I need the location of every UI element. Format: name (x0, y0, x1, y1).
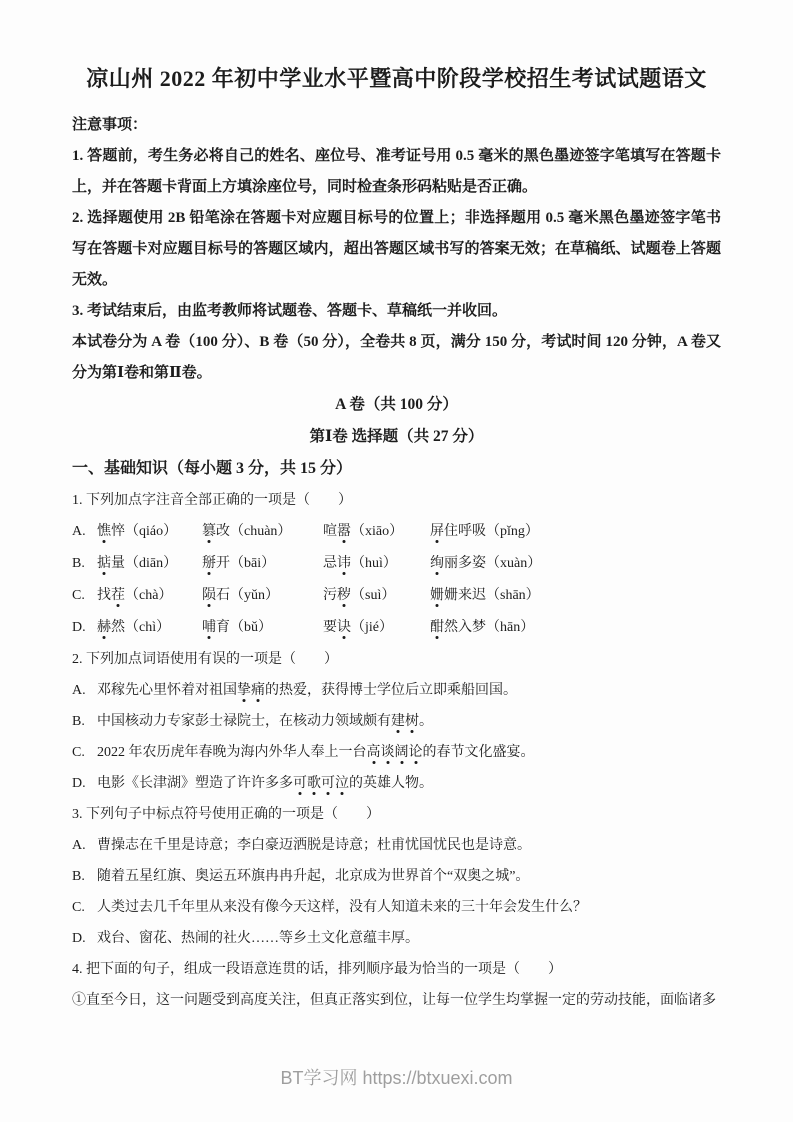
option-phrase: 绚丽多姿（xuàn） (430, 548, 721, 580)
option-phrase: 掰开（bāi） (202, 548, 323, 580)
exam-paper-page: 凉山州 2022 年初中学业水平暨高中阶段学校招生考试试题语文 注意事项： 1.… (0, 0, 793, 1122)
notice-item-3: 3. 考试结束后，由监考教师将试题卷、答题卡、草稿纸一并收回。 (72, 296, 721, 327)
option-letter: D. (72, 612, 97, 644)
option-phrase: 哺育（bǔ） (202, 612, 323, 644)
option-letter: A. (72, 516, 97, 548)
part1-heading: 第Ⅰ卷 选择题（共 27 分） (72, 421, 721, 453)
page-title: 凉山州 2022 年初中学业水平暨高中阶段学校招生考试试题语文 (72, 64, 721, 94)
option-letter: B. (72, 861, 97, 892)
option-phrase: 掂量（diān） (97, 548, 202, 580)
question-1-stem: 1. 下列加点字注音全部正确的一项是（ ） (72, 485, 721, 516)
option-phrase: 篡改（chuàn） (202, 516, 323, 548)
option-text: 戏台、窗花、热闹的社火……等乡土文化意蕴丰厚。 (97, 923, 721, 954)
option-text: 曹操志在千里是诗意；李白豪迈洒脱是诗意；杜甫忧国忧民也是诗意。 (97, 830, 721, 861)
notice-label: 注意事项： (72, 110, 721, 141)
question-3-option-d: D. 戏台、窗花、热闹的社火……等乡土文化意蕴丰厚。 (72, 923, 721, 954)
question-1-option-b: B. 掂量（diān） 掰开（bāi） 忌讳（huì） 绚丽多姿（xuàn） (72, 548, 721, 580)
question-2-stem: 2. 下列加点词语使用有误的一项是（ ） (72, 644, 721, 675)
option-phrase: 姗姗来迟（shān） (430, 580, 721, 612)
notice-section: 注意事项： 1. 答题前，考生务必将自己的姓名、座位号、准考证号用 0.5 毫米… (72, 110, 721, 389)
section-a-heading: A 卷（共 100 分） (72, 389, 721, 421)
option-phrase: 喧嚣（xiāo） (323, 516, 430, 548)
watermark-text: BT学习网 https://btxuexi.com (0, 1066, 793, 1090)
option-phrase: 憔悴（qiáo） (97, 516, 202, 548)
notice-item-2: 2. 选择题使用 2B 铅笔涂在答题卡对应题目标号的位置上；非选择题用 0.5 … (72, 203, 721, 296)
option-phrase: 酣然入梦（hān） (430, 612, 721, 644)
option-text: 邓稼先心里怀着对祖国挚痛的热爱，获得博士学位后立即乘船回国。 (97, 675, 721, 706)
question-1-option-c: C. 找茬（chà） 陨石（yǔn） 污秽（suì） 姗姗来迟（shān） (72, 580, 721, 612)
option-text: 2022 年农历虎年春晚为海内外华人奉上一台高谈阔论的春节文化盛宴。 (97, 737, 721, 768)
notice-item-4: 本试卷分为 A 卷（100 分）、B 卷（50 分），全卷共 8 页，满分 15… (72, 327, 721, 389)
option-letter: B. (72, 706, 97, 737)
question-1-option-a: A. 憔悴（qiáo） 篡改（chuàn） 喧嚣（xiāo） 屏住呼吸（pǐng… (72, 516, 721, 548)
question-3-option-c: C. 人类过去几千年里从来没有像今天这样，没有人知道未来的三十年会发生什么？ (72, 892, 721, 923)
question-4-stem: 4. 把下面的句子，组成一段语意连贯的话，排列顺序最为恰当的一项是（ ） (72, 954, 721, 985)
option-letter: C. (72, 892, 97, 923)
option-text: 随着五星红旗、奥运五环旗冉冉升起，北京成为世界首个“双奥之城”。 (97, 861, 721, 892)
question-4: 4. 把下面的句子，组成一段语意连贯的话，排列顺序最为恰当的一项是（ ） ①直至… (72, 954, 721, 1016)
option-letter: B. (72, 548, 97, 580)
option-text: 中国核动力专家彭士禄院士，在核动力领域颇有建树。 (97, 706, 721, 737)
option-text: 电影《长津湖》塑造了许许多多可歌可泣的英雄人物。 (97, 768, 721, 799)
option-text: 人类过去几千年里从来没有像今天这样，没有人知道未来的三十年会发生什么？ (97, 892, 721, 923)
option-phrase: 要诀（jié） (323, 612, 430, 644)
question-2-option-d: D. 电影《长津湖》塑造了许许多多可歌可泣的英雄人物。 (72, 768, 721, 799)
option-letter: C. (72, 580, 97, 612)
question-1-option-d: D. 赫然（chì） 哺育（bǔ） 要诀（jié） 酣然入梦（hān） (72, 612, 721, 644)
option-phrase: 找茬（chà） (97, 580, 202, 612)
notice-item-1: 1. 答题前，考生务必将自己的姓名、座位号、准考证号用 0.5 毫米的黑色墨迹签… (72, 141, 721, 203)
question-2-option-a: A. 邓稼先心里怀着对祖国挚痛的热爱，获得博士学位后立即乘船回国。 (72, 675, 721, 706)
question-4-sentence-1: ①直至今日，这一问题受到高度关注，但真正落实到位，让每一位学生均掌握一定的劳动技… (72, 985, 721, 1016)
option-phrase: 屏住呼吸（pǐng） (430, 516, 721, 548)
option-phrase: 污秽（suì） (323, 580, 430, 612)
option-letter: D. (72, 768, 97, 799)
question-3-option-b: B. 随着五星红旗、奥运五环旗冉冉升起，北京成为世界首个“双奥之城”。 (72, 861, 721, 892)
option-phrase: 陨石（yǔn） (202, 580, 323, 612)
question-3-option-a: A. 曹操志在千里是诗意；李白豪迈洒脱是诗意；杜甫忧国忧民也是诗意。 (72, 830, 721, 861)
option-letter: C. (72, 737, 97, 768)
section1-heading: 一、基础知识（每小题 3 分，共 15 分） (72, 453, 721, 485)
question-2: 2. 下列加点词语使用有误的一项是（ ） A. 邓稼先心里怀着对祖国挚痛的热爱，… (72, 644, 721, 799)
question-1: 1. 下列加点字注音全部正确的一项是（ ） A. 憔悴（qiáo） 篡改（chu… (72, 485, 721, 644)
question-2-option-c: C. 2022 年农历虎年春晚为海内外华人奉上一台高谈阔论的春节文化盛宴。 (72, 737, 721, 768)
question-2-option-b: B. 中国核动力专家彭士禄院士，在核动力领域颇有建树。 (72, 706, 721, 737)
option-phrase: 忌讳（huì） (323, 548, 430, 580)
option-letter: D. (72, 923, 97, 954)
question-3-stem: 3. 下列句子中标点符号使用正确的一项是（ ） (72, 799, 721, 830)
option-phrase: 赫然（chì） (97, 612, 202, 644)
option-letter: A. (72, 675, 97, 706)
question-3: 3. 下列句子中标点符号使用正确的一项是（ ） A. 曹操志在千里是诗意；李白豪… (72, 799, 721, 954)
option-letter: A. (72, 830, 97, 861)
